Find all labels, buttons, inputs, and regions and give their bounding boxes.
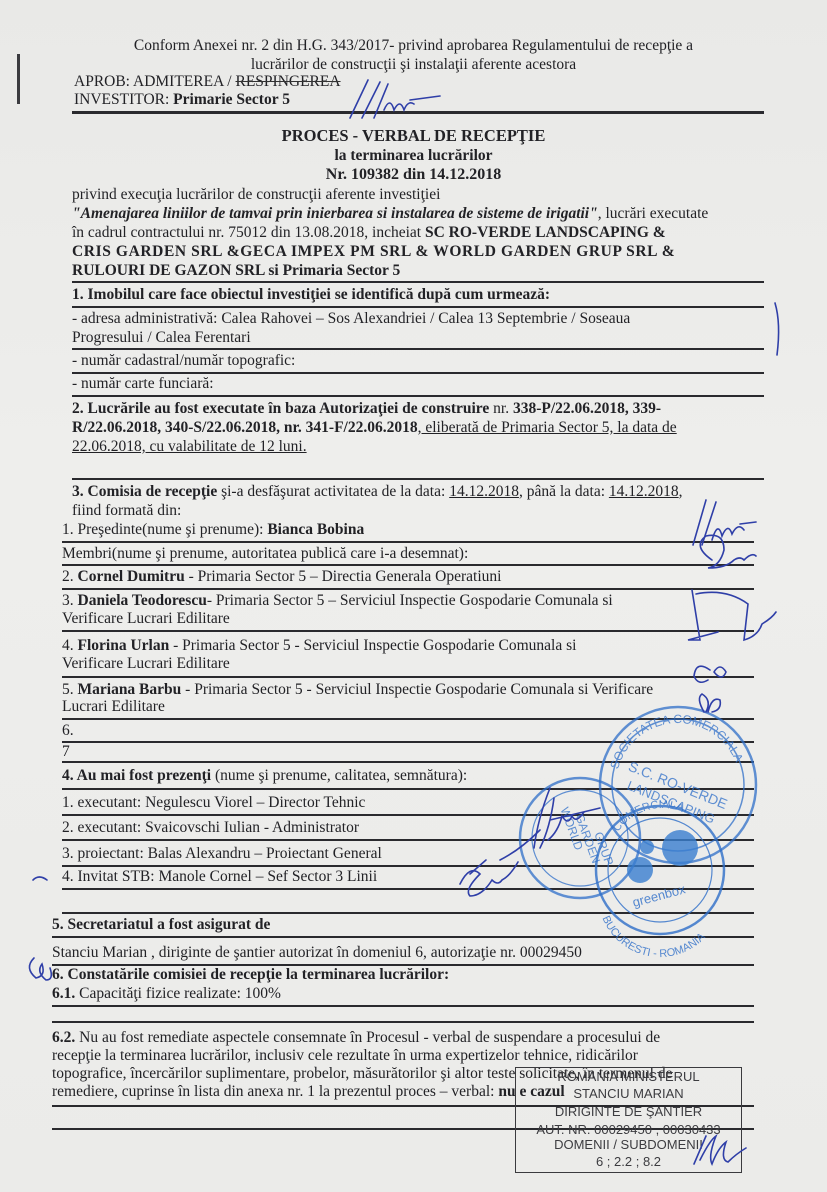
- svg-text:SOCIETATEA COMERCIALA: SOCIETATEA COMERCIALA: [607, 712, 746, 771]
- member2-signature: [700, 535, 756, 568]
- svg-text:BUCURESTI - ROMANIA: BUCURESTI - ROMANIA: [600, 914, 709, 960]
- member3-signature: [688, 590, 776, 640]
- stb-signature: [460, 830, 540, 896]
- greenbox-stamp: COMERCIALA greenbox BUCURESTI - ROMANIA: [596, 799, 724, 960]
- svg-text:greenbox: greenbox: [631, 881, 688, 910]
- investor-signature: [350, 80, 440, 118]
- member5-initials: [699, 694, 720, 712]
- document-page: Conform Anexei nr. 2 din H.G. 343/2017- …: [0, 0, 827, 1192]
- margin-initials: [29, 958, 51, 980]
- stamps-and-signatures: SOCIETATEA COMERCIALA S.C. RO-VERDE LAND…: [0, 0, 827, 1192]
- signatures: [29, 80, 778, 1164]
- margin-dash: [33, 877, 47, 880]
- margin-bracket: [775, 303, 779, 355]
- site-manager-signature: [694, 1136, 746, 1164]
- svg-text:COMERCIALA: COMERCIALA: [611, 799, 686, 834]
- member4-initials: [694, 666, 726, 682]
